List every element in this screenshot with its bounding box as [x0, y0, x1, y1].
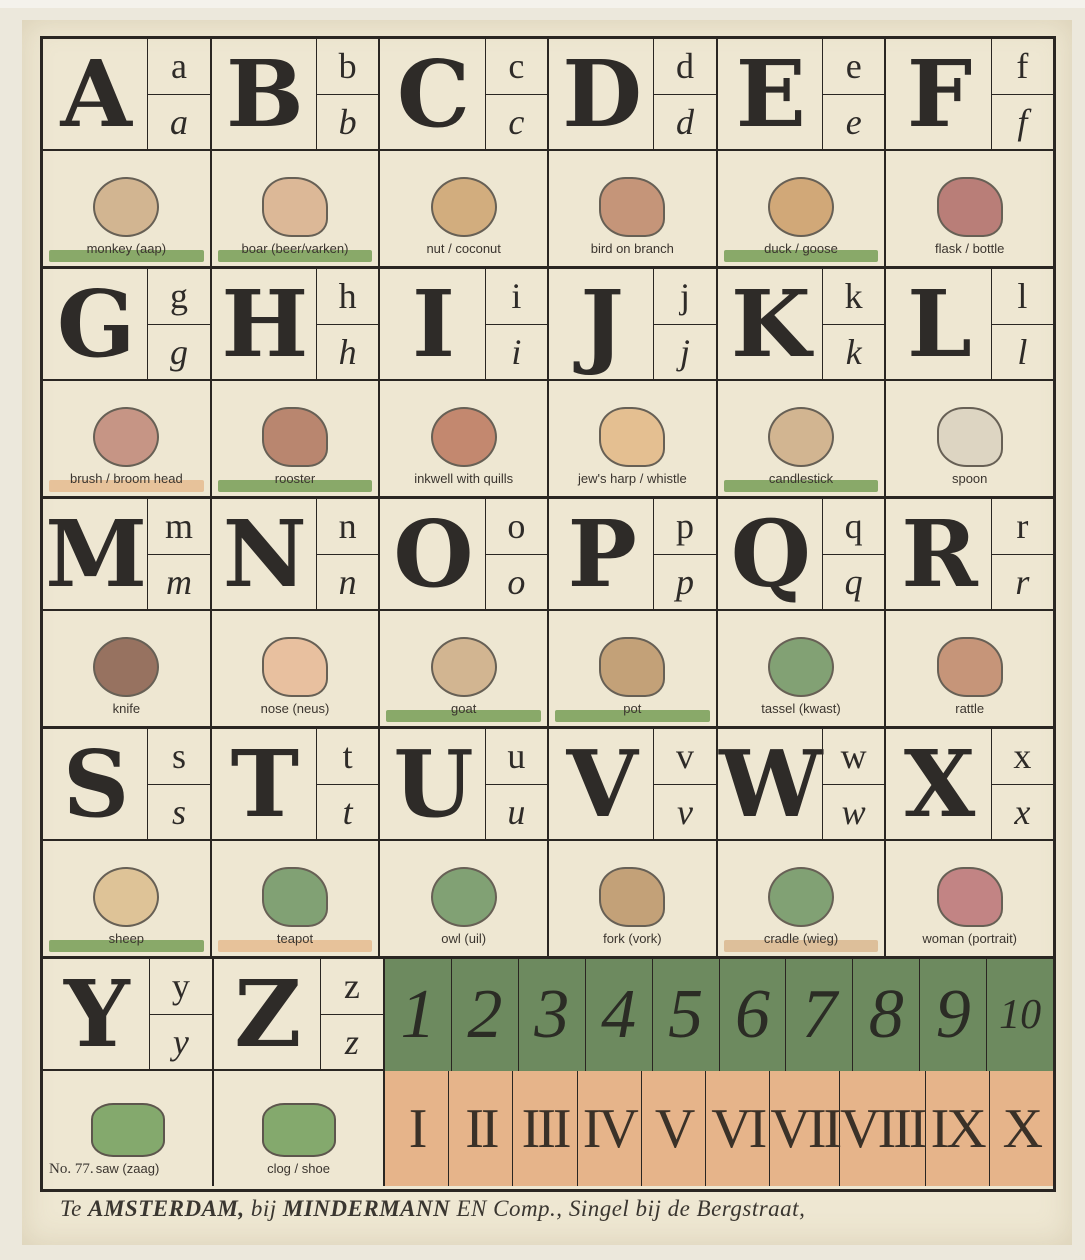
roman-numeral: V — [642, 1071, 706, 1186]
illustration-caption: jew's harp / whistle — [578, 471, 687, 486]
lowercase-pair: rr — [992, 499, 1053, 609]
illustration: monkey (aap) — [87, 177, 166, 256]
imprint-address: Singel bij de Bergstraat, — [563, 1196, 806, 1221]
capital-letter: X — [886, 729, 991, 839]
illustration: cradle (wieg) — [764, 867, 838, 946]
illustration-icon — [599, 177, 665, 237]
picture-cell: cradle (wieg) — [718, 841, 887, 956]
letter-cell: Vvv — [549, 729, 718, 839]
lowercase-pair: kk — [823, 269, 884, 379]
letter-row: SssTttUuuVvvWwwXxx — [43, 729, 1053, 841]
illustration-caption: monkey (aap) — [87, 241, 166, 256]
alphabet-band: GggHhhIiiJjjKkkLllbrush / broom headroos… — [43, 269, 1053, 499]
roman-numeral: II — [449, 1071, 513, 1186]
picture-cell: goat — [380, 611, 549, 726]
picture-cell: rooster — [212, 381, 381, 496]
catalog-number: No. 77. — [49, 1161, 94, 1178]
picture-cell: knife — [43, 611, 212, 726]
lowercase-italic: c — [486, 95, 547, 150]
imprint-publisher: MINDERMANN — [283, 1196, 450, 1221]
lowercase-italic: b — [317, 95, 378, 150]
lowercase-italic: u — [486, 785, 547, 840]
lowercase-pair: qq — [823, 499, 884, 609]
illustration: owl (uil) — [431, 867, 497, 946]
capital-letter: I — [380, 269, 485, 379]
lowercase-pair: vv — [654, 729, 715, 839]
alphabet-sheet: AaaBbbCccDddEeeFffmonkey (aap)boar (beer… — [40, 36, 1056, 1192]
illustration-icon — [431, 177, 497, 237]
illustration-caption: inkwell with quills — [414, 471, 513, 486]
illustration: rooster — [262, 407, 328, 486]
lowercase-pair: gg — [148, 269, 209, 379]
picture-cell: nose (neus) — [212, 611, 381, 726]
lowercase-pair: xx — [992, 729, 1053, 839]
capital-letter: G — [43, 269, 148, 379]
lowercase-roman: v — [654, 729, 715, 785]
roman-numeral: VI — [706, 1071, 770, 1186]
illustration-icon — [431, 637, 497, 697]
illustration-caption: tassel (kwast) — [761, 701, 840, 716]
illustration-icon — [262, 867, 328, 927]
lowercase-pair: mm — [148, 499, 209, 609]
illustration: inkwell with quills — [414, 407, 513, 486]
lowercase-pair: ll — [992, 269, 1053, 379]
illustration: saw (zaag) — [91, 1103, 165, 1176]
illustration-icon — [262, 1103, 336, 1157]
lowercase-italic: e — [823, 95, 884, 150]
illustration: woman (portrait) — [922, 867, 1017, 946]
letter-row: MmmNnnOooPppQqqRrr — [43, 499, 1053, 611]
illustration: nose (neus) — [261, 637, 330, 716]
lowercase-roman: s — [148, 729, 209, 785]
capital-letter: N — [212, 499, 317, 609]
lowercase-italic: x — [992, 785, 1053, 840]
lowercase-roman: w — [823, 729, 884, 785]
lowercase-italic: w — [823, 785, 884, 840]
lowercase-roman: k — [823, 269, 884, 325]
illustration-icon — [262, 407, 328, 467]
illustration-caption: clog / shoe — [262, 1161, 336, 1176]
letter-cell: Qqq — [718, 499, 887, 609]
illustration: goat — [431, 637, 497, 716]
lowercase-roman: m — [148, 499, 209, 555]
illustration-icon — [262, 637, 328, 697]
arabic-numeral: 5 — [653, 959, 720, 1071]
capital-letter: M — [43, 499, 148, 609]
lowercase-italic: o — [486, 555, 547, 610]
letter-row: AaaBbbCccDddEeeFff — [43, 39, 1053, 151]
letter-cell: Kkk — [718, 269, 887, 379]
letter-cell: Zzz — [214, 959, 383, 1069]
capital-letter: V — [549, 729, 654, 839]
picture-cell: nut / coconut — [380, 151, 549, 266]
letter-cell: Ttt — [212, 729, 381, 839]
picture-cell: monkey (aap) — [43, 151, 212, 266]
arabic-numeral: 9 — [920, 959, 987, 1071]
arabic-numeral: 3 — [519, 959, 586, 1071]
lowercase-roman: r — [992, 499, 1053, 555]
letter-cell: Jjj — [549, 269, 718, 379]
lowercase-roman: i — [486, 269, 547, 325]
lowercase-italic: s — [148, 785, 209, 840]
alphabet-band: MmmNnnOooPppQqqRrrknifenose (neus)goatpo… — [43, 499, 1053, 729]
lowercase-pair: pp — [654, 499, 715, 609]
capital-letter: P — [549, 499, 654, 609]
lowercase-italic: f — [992, 95, 1053, 150]
capital-letter: B — [212, 39, 317, 149]
illustration: spoon — [937, 407, 1003, 486]
picture-row: sheepteapotowl (uil)fork (vork)cradle (w… — [43, 841, 1053, 956]
illustration-icon — [93, 177, 159, 237]
letter-cell: Ggg — [43, 269, 212, 379]
lowercase-italic: z — [321, 1015, 383, 1070]
lowercase-italic: m — [148, 555, 209, 610]
illustration-icon — [262, 177, 328, 237]
capital-letter: Y — [43, 959, 150, 1069]
capital-letter: E — [718, 39, 823, 149]
illustration: tassel (kwast) — [761, 637, 840, 716]
lowercase-pair: oo — [486, 499, 547, 609]
lowercase-roman: y — [150, 959, 212, 1015]
illustration-icon — [599, 867, 665, 927]
alphabet-band: AaaBbbCccDddEeeFffmonkey (aap)boar (beer… — [43, 39, 1053, 269]
picture-cell: inkwell with quills — [380, 381, 549, 496]
lowercase-roman: h — [317, 269, 378, 325]
capital-letter: R — [886, 499, 991, 609]
imprint-by: bij — [245, 1196, 283, 1221]
lowercase-italic: l — [992, 325, 1053, 380]
capital-letter: W — [718, 729, 823, 839]
lowercase-roman: g — [148, 269, 209, 325]
illustration-caption: brush / broom head — [70, 471, 183, 486]
illustration-icon — [937, 177, 1003, 237]
picture-cell: pot — [549, 611, 718, 726]
illustration: duck / goose — [764, 177, 838, 256]
letter-row: GggHhhIiiJjjKkkLll — [43, 269, 1053, 381]
illustration-icon — [93, 407, 159, 467]
lowercase-italic: j — [654, 325, 715, 380]
letter-cell: Lll — [886, 269, 1053, 379]
illustration-icon — [768, 407, 834, 467]
picture-cell: owl (uil) — [380, 841, 549, 956]
illustration-icon — [93, 637, 159, 697]
roman-numeral: VIII — [840, 1071, 925, 1186]
illustration-caption: goat — [431, 701, 497, 716]
letter-cell: Aaa — [43, 39, 212, 149]
illustration: boar (beer/varken) — [242, 177, 349, 256]
imprint-city: AMSTERDAM, — [88, 1196, 244, 1221]
imprint-company: EN Comp., — [450, 1196, 562, 1221]
lowercase-roman: d — [654, 39, 715, 95]
illustration-icon — [599, 637, 665, 697]
lowercase-pair: dd — [654, 39, 715, 149]
letter-cell: Www — [718, 729, 887, 839]
publisher-imprint: Te AMSTERDAM, bij MINDERMANN EN Comp., S… — [60, 1196, 1040, 1222]
lowercase-pair: uu — [486, 729, 547, 839]
illustration: teapot — [262, 867, 328, 946]
illustration-caption: teapot — [262, 931, 328, 946]
letter-cell: Yyy — [43, 959, 214, 1069]
picture-cell: boar (beer/varken) — [212, 151, 381, 266]
illustration-icon — [91, 1103, 165, 1157]
picture-cell: jew's harp / whistle — [549, 381, 718, 496]
illustration-icon — [937, 637, 1003, 697]
capital-letter: L — [886, 269, 991, 379]
illustration-caption: pot — [599, 701, 665, 716]
illustration-caption: flask / bottle — [935, 241, 1004, 256]
illustration-caption: rooster — [262, 471, 328, 486]
letter-cell: Mmm — [43, 499, 212, 609]
illustration-caption: woman (portrait) — [922, 931, 1017, 946]
illustration: flask / bottle — [935, 177, 1004, 256]
illustration-icon — [431, 867, 497, 927]
lowercase-pair: ss — [148, 729, 209, 839]
capital-letter: O — [380, 499, 485, 609]
capital-letter: U — [380, 729, 485, 839]
capital-letter: Q — [718, 499, 823, 609]
illustration: candlestick — [768, 407, 834, 486]
letter-cell: Xxx — [886, 729, 1053, 839]
illustration-caption: rattle — [937, 701, 1003, 716]
roman-numeral: IX — [926, 1071, 990, 1186]
arabic-numeral: 8 — [853, 959, 920, 1071]
arabic-numeral: 7 — [786, 959, 853, 1071]
capital-letter: K — [718, 269, 823, 379]
lowercase-roman: u — [486, 729, 547, 785]
letter-cell: Bbb — [212, 39, 381, 149]
lowercase-pair: bb — [317, 39, 378, 149]
illustration: rattle — [937, 637, 1003, 716]
lowercase-italic: d — [654, 95, 715, 150]
lowercase-roman: n — [317, 499, 378, 555]
lowercase-italic: q — [823, 555, 884, 610]
letter-cell: Iii — [380, 269, 549, 379]
illustration-caption: spoon — [937, 471, 1003, 486]
lowercase-italic: p — [654, 555, 715, 610]
illustration-caption: knife — [93, 701, 159, 716]
illustration: bird on branch — [591, 177, 674, 256]
roman-numeral: IV — [578, 1071, 642, 1186]
lowercase-roman: a — [148, 39, 209, 95]
illustration-icon — [93, 867, 159, 927]
illustration-caption: nose (neus) — [261, 701, 330, 716]
picture-cell: tassel (kwast) — [718, 611, 887, 726]
illustration-caption: sheep — [93, 931, 159, 946]
letter-cell: Rrr — [886, 499, 1053, 609]
capital-letter: D — [549, 39, 654, 149]
lowercase-pair: jj — [654, 269, 715, 379]
illustration-caption: bird on branch — [591, 241, 674, 256]
capital-letter: S — [43, 729, 148, 839]
lowercase-pair: nn — [317, 499, 378, 609]
letter-cell: Ccc — [380, 39, 549, 149]
illustration: clog / shoe — [262, 1103, 336, 1176]
illustration-caption: saw (zaag) — [91, 1161, 165, 1176]
alphabet-band-last: YyyZzzsaw (zaag)No. 77.clog / shoe123456… — [43, 959, 1053, 1189]
lowercase-roman: o — [486, 499, 547, 555]
roman-numeral: I — [385, 1071, 449, 1186]
arabic-numeral: 4 — [586, 959, 653, 1071]
illustration-icon — [768, 637, 834, 697]
illustration: pot — [599, 637, 665, 716]
lowercase-roman: t — [317, 729, 378, 785]
illustration-icon — [768, 867, 834, 927]
illustration-icon — [599, 407, 665, 467]
illustration-caption: fork (vork) — [599, 931, 665, 946]
lowercase-italic: a — [148, 95, 209, 150]
lowercase-pair: zz — [321, 959, 383, 1069]
lowercase-roman: e — [823, 39, 884, 95]
picture-cell: brush / broom head — [43, 381, 212, 496]
illustration: fork (vork) — [599, 867, 665, 946]
lowercase-italic: i — [486, 325, 547, 380]
lowercase-pair: ww — [823, 729, 884, 839]
lowercase-roman: x — [992, 729, 1053, 785]
picture-row: saw (zaag)No. 77.clog / shoe — [43, 1071, 383, 1186]
lowercase-pair: yy — [150, 959, 212, 1069]
roman-numeral: III — [513, 1071, 577, 1186]
illustration: sheep — [93, 867, 159, 946]
illustration-icon — [937, 867, 1003, 927]
illustration-caption: boar (beer/varken) — [242, 241, 349, 256]
lowercase-italic: v — [654, 785, 715, 840]
lowercase-pair: hh — [317, 269, 378, 379]
letter-cell: Ooo — [380, 499, 549, 609]
picture-cell: duck / goose — [718, 151, 887, 266]
lowercase-roman: b — [317, 39, 378, 95]
lowercase-pair: ii — [486, 269, 547, 379]
letter-cell: Sss — [43, 729, 212, 839]
letter-cell: Eee — [718, 39, 887, 149]
lowercase-italic: y — [150, 1015, 212, 1070]
picture-cell: candlestick — [718, 381, 887, 496]
lowercase-roman: z — [321, 959, 383, 1015]
letter-cell: Uuu — [380, 729, 549, 839]
illustration-icon — [937, 407, 1003, 467]
letter-cell: Ppp — [549, 499, 718, 609]
lowercase-roman: q — [823, 499, 884, 555]
picture-row: brush / broom headroosterinkwell with qu… — [43, 381, 1053, 496]
alphabet-band: SssTttUuuVvvWwwXxxsheepteapotowl (uil)fo… — [43, 729, 1053, 959]
capital-letter: H — [212, 269, 317, 379]
picture-cell: woman (portrait) — [886, 841, 1053, 956]
capital-letter: T — [212, 729, 317, 839]
picture-row: monkey (aap)boar (beer/varken)nut / coco… — [43, 151, 1053, 266]
lowercase-italic: h — [317, 325, 378, 380]
arabic-numeral-row: 12345678910 — [383, 959, 1053, 1071]
illustration: brush / broom head — [70, 407, 183, 486]
lowercase-pair: ee — [823, 39, 884, 149]
roman-numeral: X — [990, 1071, 1053, 1186]
illustration-caption: duck / goose — [764, 241, 838, 256]
letter-cell: Fff — [886, 39, 1053, 149]
picture-cell: spoon — [886, 381, 1053, 496]
lowercase-roman: j — [654, 269, 715, 325]
picture-cell: flask / bottle — [886, 151, 1053, 266]
picture-cell: clog / shoe — [214, 1071, 383, 1186]
picture-cell: teapot — [212, 841, 381, 956]
lowercase-italic: t — [317, 785, 378, 840]
picture-cell: sheep — [43, 841, 212, 956]
lowercase-italic: k — [823, 325, 884, 380]
arabic-numeral: 1 — [385, 959, 452, 1071]
capital-letter: C — [380, 39, 485, 149]
mat-top-edge — [0, 0, 1085, 8]
illustration-caption: nut / coconut — [426, 241, 500, 256]
illustration-icon — [431, 407, 497, 467]
lowercase-roman: f — [992, 39, 1053, 95]
illustration: knife — [93, 637, 159, 716]
lowercase-italic: g — [148, 325, 209, 380]
roman-numeral-row: IIIIIIIVVVIVIIVIIIIXX — [383, 1071, 1053, 1186]
illustration-icon — [768, 177, 834, 237]
capital-letter: Z — [214, 959, 321, 1069]
lowercase-pair: tt — [317, 729, 378, 839]
capital-letter: A — [43, 39, 148, 149]
letter-cell: Ddd — [549, 39, 718, 149]
imprint-prefix: Te — [60, 1196, 88, 1221]
illustration: jew's harp / whistle — [578, 407, 687, 486]
arabic-numeral: 10 — [987, 959, 1053, 1071]
illustration: nut / coconut — [426, 177, 500, 256]
capital-letter: J — [549, 269, 654, 379]
lowercase-pair: cc — [486, 39, 547, 149]
picture-cell: bird on branch — [549, 151, 718, 266]
letter-cell: Hhh — [212, 269, 381, 379]
lowercase-roman: l — [992, 269, 1053, 325]
lowercase-roman: p — [654, 499, 715, 555]
picture-row: knifenose (neus)goatpottassel (kwast)rat… — [43, 611, 1053, 726]
roman-numeral: VII — [770, 1071, 840, 1186]
picture-cell: saw (zaag)No. 77. — [43, 1071, 214, 1186]
illustration-caption: candlestick — [768, 471, 834, 486]
picture-cell: rattle — [886, 611, 1053, 726]
illustration-caption: cradle (wieg) — [764, 931, 838, 946]
illustration-caption: owl (uil) — [431, 931, 497, 946]
lowercase-pair: aa — [148, 39, 209, 149]
lowercase-pair: ff — [992, 39, 1053, 149]
arabic-numeral: 6 — [720, 959, 787, 1071]
lowercase-roman: c — [486, 39, 547, 95]
lowercase-italic: n — [317, 555, 378, 610]
lowercase-italic: r — [992, 555, 1053, 610]
capital-letter: F — [886, 39, 991, 149]
letter-cell: Nnn — [212, 499, 381, 609]
arabic-numeral: 2 — [452, 959, 519, 1071]
picture-cell: fork (vork) — [549, 841, 718, 956]
letter-row: YyyZzz — [43, 959, 383, 1071]
